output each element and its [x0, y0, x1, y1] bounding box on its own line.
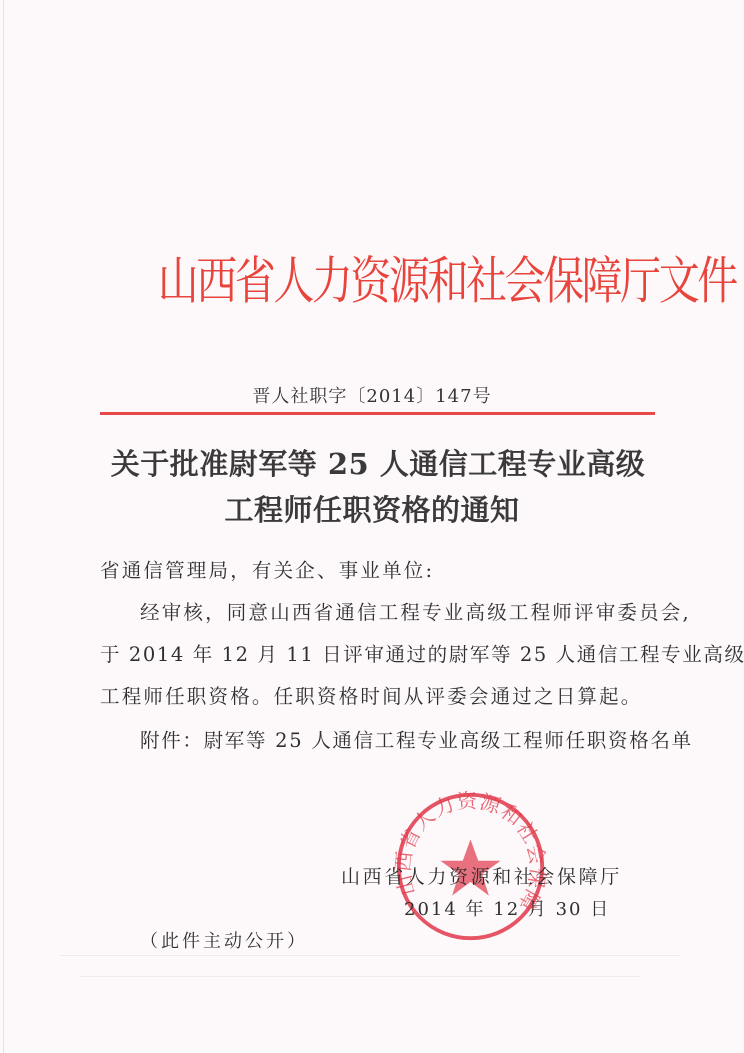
notice-title-line-1: 关于批准尉军等 25 人通信工程专业高级	[6, 442, 744, 486]
public-disclosure-note: （此件主动公开）	[140, 927, 308, 957]
notice-title-line-2: 工程师任职资格的通知	[0, 488, 744, 532]
salutation: 省通信管理局，有关企、事业单位:	[100, 556, 434, 586]
body-line-1: 经审核，同意山西省通信工程专业高级工程师评审委员会,	[140, 598, 691, 628]
masthead-title: 山西省人力资源和社会保障厅文件	[158, 245, 593, 316]
body-line-3: 工程师任职资格。任职资格时间从评委会通过之日算起。	[100, 682, 643, 712]
body-line-2: 于 2014 年 12 月 11 日评审通过的尉军等 25 人通信工程专业高级	[100, 640, 744, 670]
attachment-line: 附件：尉军等 25 人通信工程专业高级工程师任职资格名单	[140, 726, 693, 756]
issuer-signature: 山西省人力资源和社会保障厅	[341, 862, 622, 892]
issue-date: 2014 年 12 月 30 日	[404, 895, 610, 925]
document-number: 晋人社职字〔2014〕147号	[0, 382, 744, 412]
bleed-through-line	[80, 976, 640, 977]
red-separator-rule	[100, 412, 655, 415]
